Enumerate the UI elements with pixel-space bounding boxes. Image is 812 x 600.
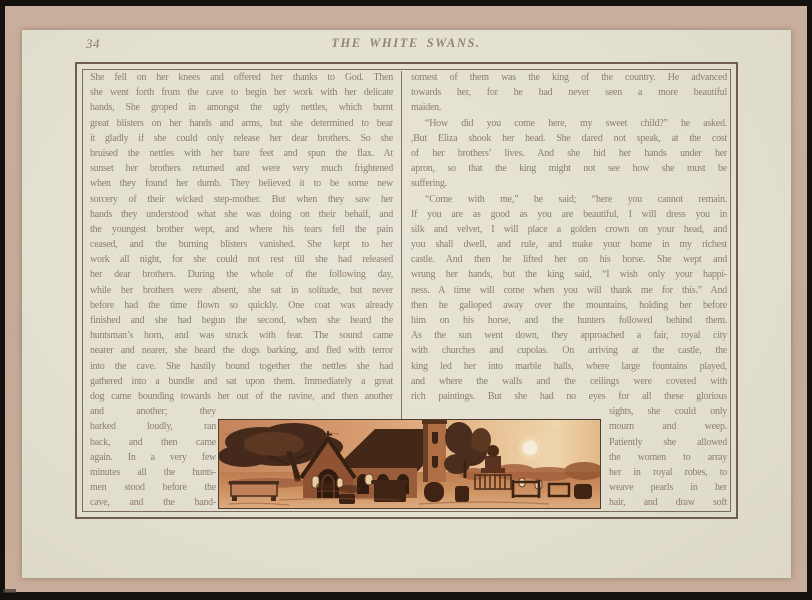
text-line: and where the walls and the ceilings wer… (411, 374, 727, 389)
text-line: cave, and the hand- (90, 495, 216, 510)
text-line: back, and then came (90, 435, 216, 450)
text-line: mourn and weep. (609, 419, 727, 434)
text-line: finished and she had begun the second, w… (90, 313, 393, 328)
text-line: bruised the nettles with her bare feet a… (90, 146, 393, 161)
text-line: Patiently she allowed (609, 435, 727, 450)
text-line: into the cave. She hastily bound togethe… (90, 359, 393, 374)
right-column-full-lines: somest of them was the king of the count… (411, 70, 727, 404)
illustration-svg (219, 420, 600, 508)
illegible-printer-mark-icon (3, 589, 16, 593)
text-line: sunset her brothers returned and were ve… (90, 161, 393, 176)
text-line: suffering. (411, 176, 727, 191)
text-line: rich paintings. But she had no eyes for … (411, 389, 727, 404)
running-title: THE WHITE SWANS. (0, 36, 812, 51)
scanned-book-page: { "page": { "number": "34", "title": "TH… (0, 0, 812, 600)
text-line: castle. And then he lifted her on his ho… (411, 252, 727, 267)
text-line: gathered into a bundle and sat upon them… (90, 374, 393, 389)
text-line: “How did you come here, my sweet child?”… (411, 116, 727, 131)
text-line: sorcery of their wicked step-mother. But… (90, 192, 393, 207)
text-line: nearer and nearer, she heard the dogs ba… (90, 343, 393, 358)
text-line: weave pearls in her (609, 480, 727, 495)
text-line: As the sun went down, they approached a … (411, 328, 727, 343)
text-line: apron, so that the king might not see ho… (411, 161, 727, 176)
text-line: ness. A time will come when you will tha… (411, 283, 727, 298)
text-line: If you are as good as you are beautiful,… (411, 207, 727, 222)
text-line: and another; they (90, 404, 216, 419)
text-line: towards her, for he had never seen a mor… (411, 85, 727, 100)
text-line: the women to array (609, 450, 727, 465)
right-column-narrow-lines: sights, she could onlymourn and weep.Pat… (609, 404, 727, 510)
text-line: of her brothers’ lives. And she hid her … (411, 146, 727, 161)
column-divider-rule (401, 71, 402, 419)
church-graveyard-illustration (218, 419, 601, 509)
text-line: when they found her dumb. They believed … (90, 176, 393, 191)
text-line: king led her into marble halls, where la… (411, 359, 727, 374)
text-line: huntsman’s horn, and was struck with fea… (90, 328, 393, 343)
text-line: again. In a very few (90, 450, 216, 465)
text-line: her in royal robes, to (609, 465, 727, 480)
text-line: silk and velvet, I will place a golden c… (411, 222, 727, 237)
text-line: hands, She groped in amongst the ugly ne… (90, 100, 393, 115)
text-line: “Come with me,” he said; “here you canno… (411, 192, 727, 207)
text-line: minutes all the hunts- (90, 465, 216, 480)
text-line: ,But Eliza shook her head. She dared not… (411, 131, 727, 146)
text-line: she went forth from the cave to begin he… (90, 85, 393, 100)
text-line: him on his horse, and the hunters follow… (411, 313, 727, 328)
text-line: the youngest brother wept, and where his… (90, 222, 393, 237)
text-line: before had the time flown so quickly. On… (90, 298, 393, 313)
text-line: maiden. (411, 100, 727, 115)
left-column-narrow-lines: and another; theybarked loudly, ranback,… (90, 404, 216, 510)
text-line: sights, she could only (609, 404, 727, 419)
text-line: hair, and draw soft (609, 495, 727, 510)
text-line: dog came bounding towards her out of the… (90, 389, 393, 404)
text-line: wrung her hands, but the king said, “I w… (411, 267, 727, 282)
text-line: hands they understood what she was doing… (90, 207, 393, 222)
text-line: it gladly if she could only release her … (90, 131, 393, 146)
text-line: her dear brothers. During the whole of t… (90, 267, 393, 282)
text-line: She fell on her knees and offered her th… (90, 70, 393, 85)
text-line: men stood before the (90, 480, 216, 495)
text-line: ceased, and the burning blisters vanishe… (90, 237, 393, 252)
left-column-full-lines: She fell on her knees and offered her th… (90, 70, 393, 404)
sun (523, 441, 538, 456)
text-line: you shall dwell, and rule, and make your… (411, 237, 727, 252)
text-line: work all night, for she could not rest t… (90, 252, 393, 267)
text-line: barked loudly, ran (90, 419, 216, 434)
text-line: somest of them was the king of the count… (411, 70, 727, 85)
text-line: while her brothers were absent, she sat … (90, 283, 393, 298)
text-line: great blisters on her hands and arms, bu… (90, 116, 393, 131)
text-line: with churches and cupolas. On arriving a… (411, 343, 727, 358)
text-line: then he galloped away over the mountains… (411, 298, 727, 313)
tower (422, 420, 447, 482)
